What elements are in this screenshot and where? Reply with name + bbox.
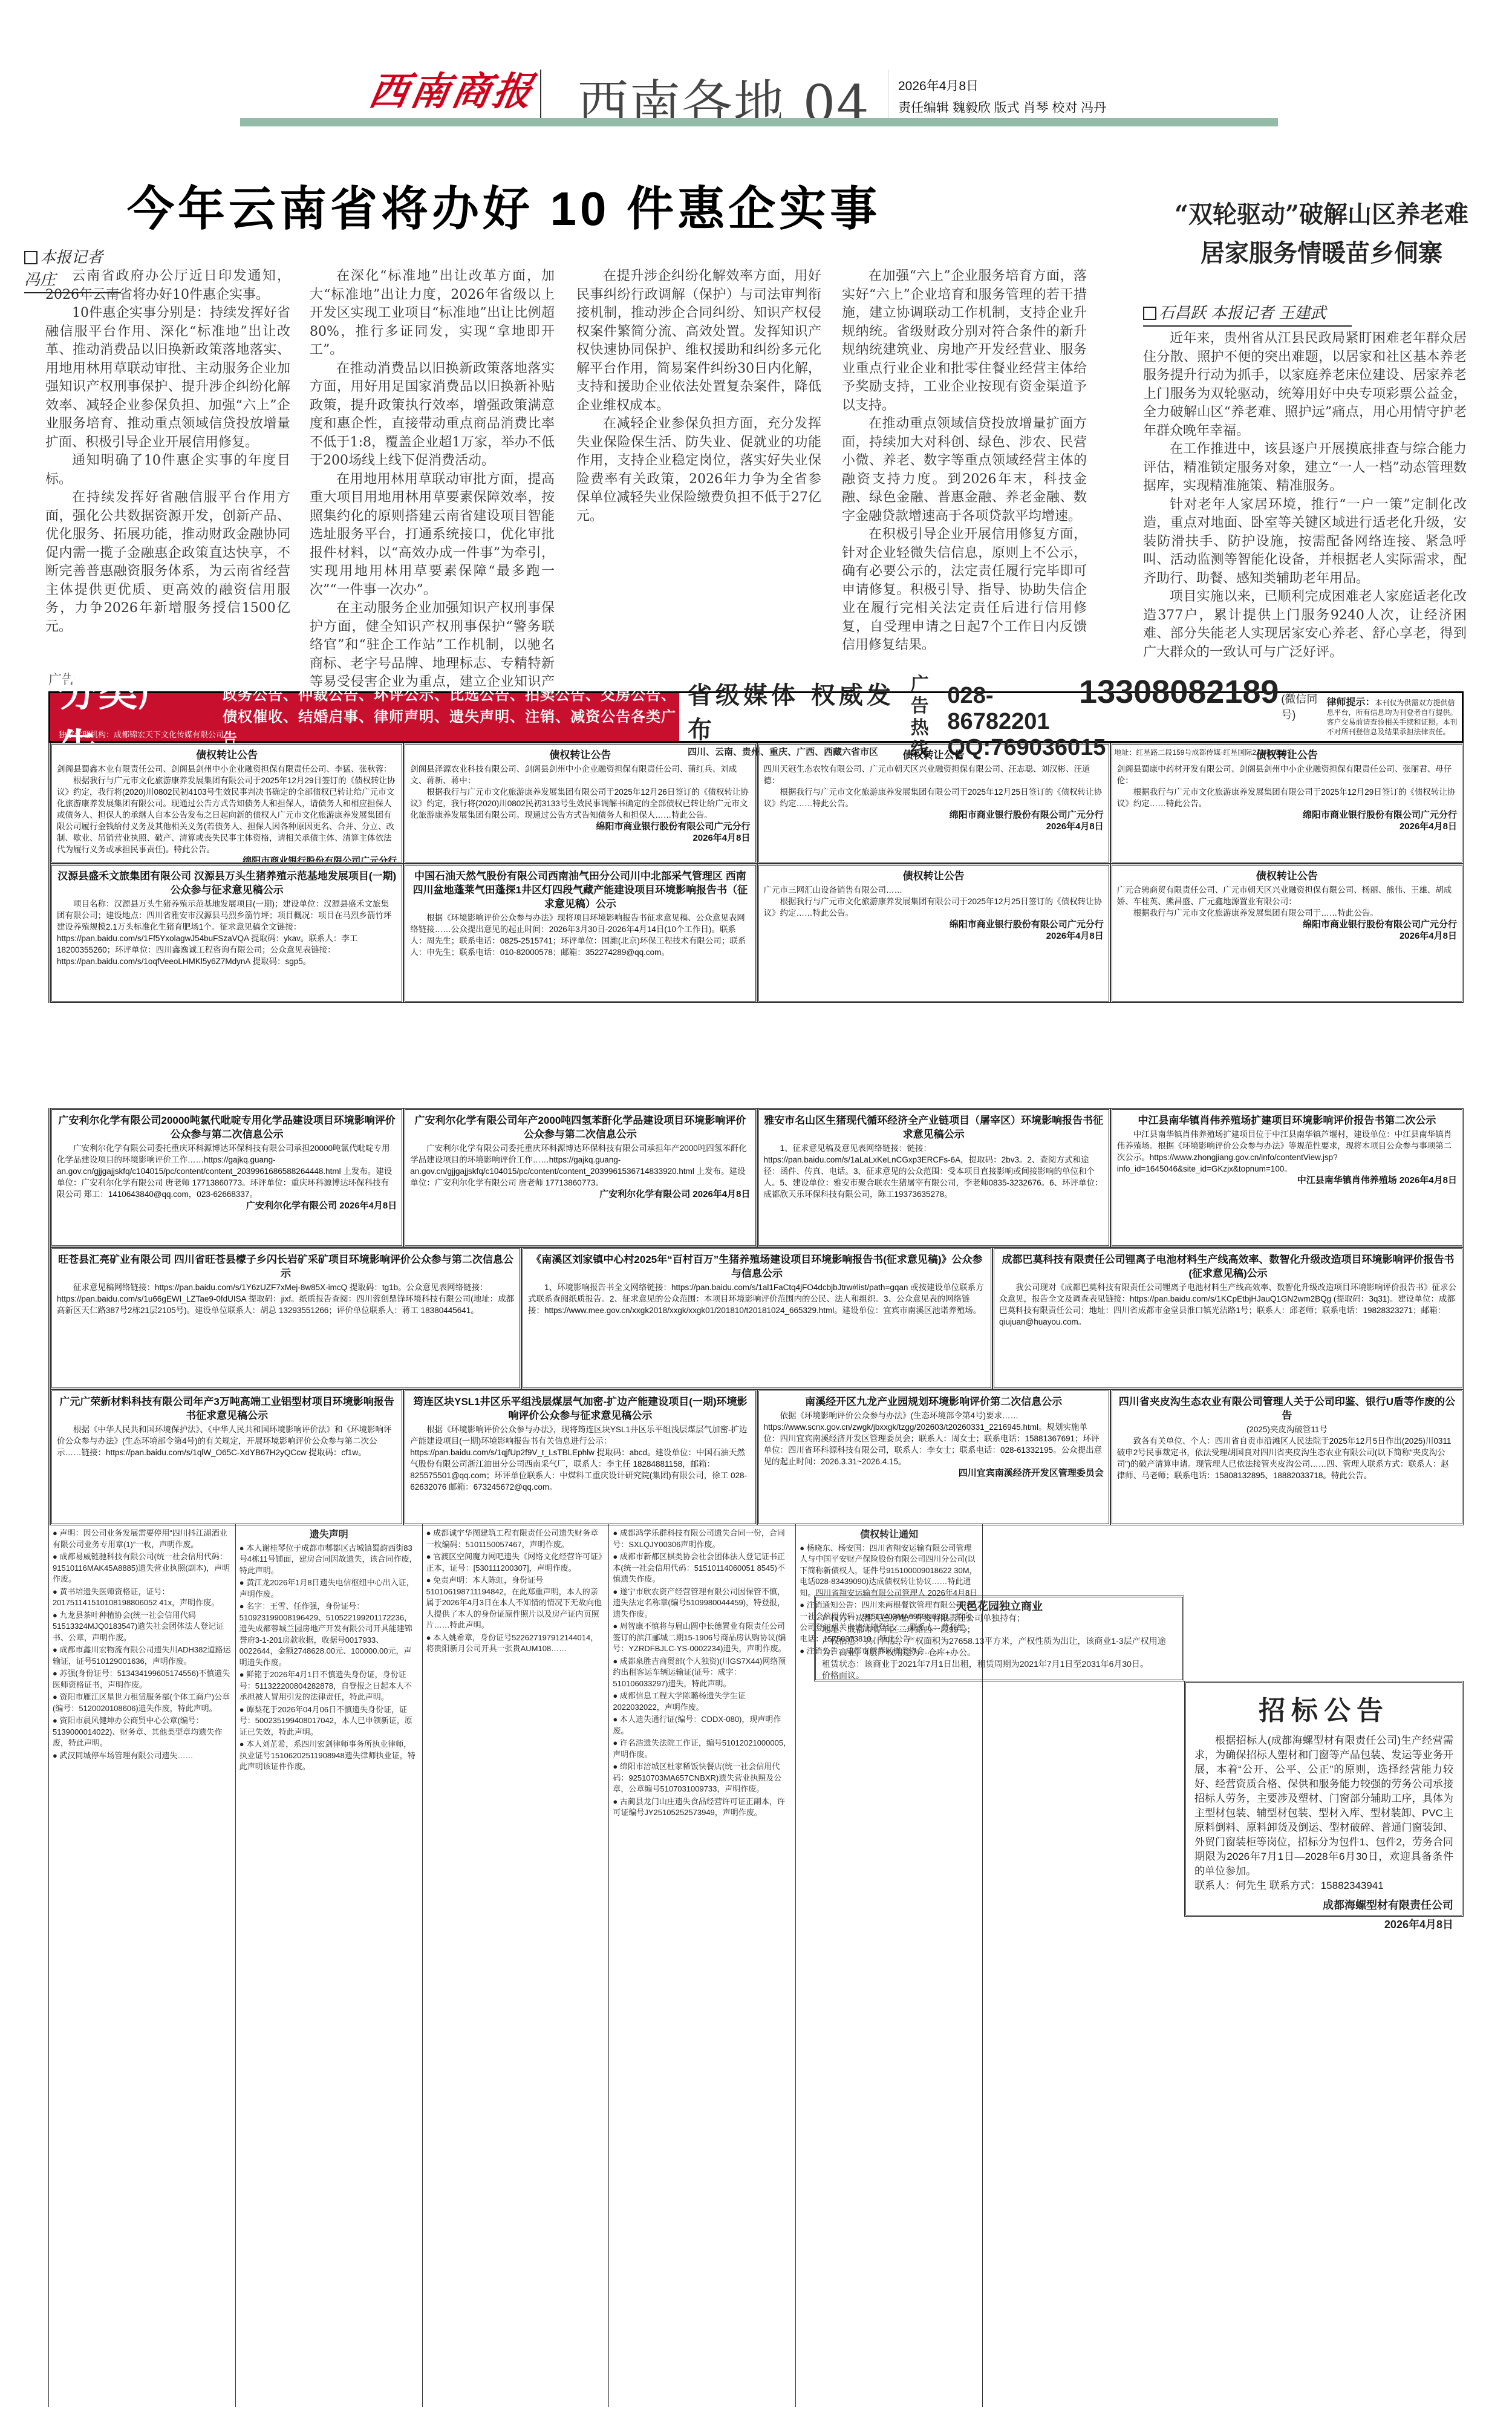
lead-headline: 今年云南省将办好 10 件惠企实事 xyxy=(127,171,881,239)
masthead: 西南商报 西南各地 04 2026年4月8日 责任编辑 魏毅欣 版式 肖琴 校对… xyxy=(0,0,1512,124)
debt-transfer-notice: 债权转让公告剑阁县蜀康中药材开发有限公司、剑阁县剑州中小企业融资担保有限责任公司… xyxy=(1110,743,1464,864)
eia-notice: 《南溪区刘家镇中心村2025年“百村百万”生猪养殖场建设项目环境影响报告书(征求… xyxy=(521,1247,992,1389)
notice-body: 根据我行与广元市文化旅游康养发展集团有限公司于2025年12月25日签订的《债权… xyxy=(764,896,1104,919)
ad-row-2: 汉源县盛禾文旅集团有限公司 汉源县万头生猪养殖示范基地发展项目(一期)公众参与征… xyxy=(48,864,1464,1003)
paragraph: 近年来，贵州省从江县民政局紧盯困难老年群众居住分散、照护不便的突出难题，以居家和… xyxy=(1143,330,1467,440)
editor-credits: 责任编辑 魏毅欣 版式 肖琴 校对 冯丹 xyxy=(898,97,1106,119)
bid-signature: 成都海螺型材有限责任公司 xyxy=(1194,1897,1453,1912)
property-line: 地址：成都市青羊区二环路西一段99号； xyxy=(822,1624,1176,1635)
byline-box-icon xyxy=(24,251,37,264)
slogan-text: 省级媒体 权威发布 xyxy=(688,676,902,745)
notice-title: 南溪经开区九龙产业园规划环境影响评价第二次信息公示 xyxy=(764,1395,1104,1409)
notice-body: 致各有关单位、个人：四川省自贡市沿滩区人民法院于2025年12月5日作出(202… xyxy=(1117,1435,1457,1481)
notice-body: 我公司现对《成都巴莫科技有限责任公司锂离子电池材料生产线高效率、数智化升级改造项… xyxy=(999,1282,1457,1328)
notice-item: 武汉同城停车场管理有限公司遗失…… xyxy=(53,1750,232,1762)
debt-transfer-notice: 债权转让公告广元市三网汇山设备销售有限公司……根据我行与广元市文化旅游康养发展集… xyxy=(757,864,1110,1003)
notice-item: 官渡区空间魔力网吧遗失《网络文化经营许可证》正本，证号：[53011120030… xyxy=(426,1551,605,1574)
paragraph: 在持续发挥好省融信服平台作用方面，强化公共数据资源开发，创新产品、优化服务、拓展… xyxy=(45,489,290,636)
eia-notice: 成都巴莫科技有限责任公司锂离子电池材料生产线高效率、数智化升级改造项目环境影响评… xyxy=(992,1247,1464,1389)
notice-title: 债权转让公告 xyxy=(1117,748,1457,762)
notice-item: 黄江龙2026年1月8日遗失电信枢纽中心出入证，声明作废。 xyxy=(240,1577,419,1600)
notice-signature: 中江县南华镇肖伟养殖场 2026年4月8日 xyxy=(1117,1175,1457,1186)
notice-subtitle: (2025)夹皮沟破管11号 xyxy=(1117,1424,1457,1435)
wechat-note: (微信同号) xyxy=(1281,691,1323,722)
side-byline: 石昌跃 本报记者 王建武 xyxy=(1143,301,1352,327)
eia-notice: 筠连区块YSL1井区乐平组浅层煤层气加密-扩边产能建设项目(一期)环境影响评价公… xyxy=(403,1389,757,1525)
notice-signature: 绵阳市商业银行股份有限公司广元分行 xyxy=(1117,809,1457,821)
notice-item: 许名浩遗失法院工作证，编号51012021000005，声明作废。 xyxy=(613,1738,792,1760)
paragraph: 云南省政府办公厅近日印发通知，2026年云南省将办好10件惠企实事。 xyxy=(45,267,290,304)
debt-transfer-notice: 债权转让公告剑阁县蜀鑫木业有限责任公司、剑阁县剑州中小企业融资担保有限责任公司、… xyxy=(50,743,403,864)
bid-title: 招标公告 xyxy=(1194,1689,1453,1727)
notice-date: 2026年4月8日 xyxy=(410,832,750,844)
notice-body: 根据我行与广元市文化旅游康养发展集团有限公司于2025年12月26日签订的《债权… xyxy=(410,786,750,821)
notice-item: 成都市鑫川宏物流有限公司遗失川ADH382道路运输证，证号51012900163… xyxy=(53,1645,232,1667)
notice-title: 成都巴莫科技有限责任公司锂离子电池材料生产线高效率、数智化升级改造项目环境影响评… xyxy=(999,1253,1457,1280)
ad-row-4: 旺苍县汇亮矿业有限公司 四川省旺苍县檬子乡闪长岩矿采矿项目环境影响评价公众参与第… xyxy=(48,1247,1464,1389)
lawyer-title: 律师提示： xyxy=(1326,697,1375,708)
notice-signature: 四川宜宾南溪经济开发区管理委员会 xyxy=(764,1467,1104,1479)
notice-title: 债权转让公告 xyxy=(410,748,750,762)
notice-item: 九龙县茶叶种植协会(统一社会信用代码51513324MJQ0183547)遗失社… xyxy=(53,1610,232,1644)
headline-line: 居家服务情暖苗乡侗寨 xyxy=(1152,234,1491,273)
paragraph: 在推动消费品以旧换新政策落地落实方面，用好用足国家消费品以旧换新补贴政策，提升政… xyxy=(310,360,555,471)
notice-item: 资阳市晨风健坤办公商贸中心公章(编号：5139000014022)、财务章、其他… xyxy=(53,1715,232,1749)
bid-contact: 联系人：何先生 联系方式：15882343941 xyxy=(1194,1879,1453,1893)
masthead-bar xyxy=(240,118,1278,126)
debt-transfer-notice: 债权转让公告剑阁县泽源农业科技有限公司、剑阁县剑州中小企业融资担保有限责任公司、… xyxy=(403,743,757,864)
ad-row-3: 广安利尔化学有限公司20000吨氯代吡啶专用化学品建设项目环境影响评价公众参与第… xyxy=(48,1108,1464,1247)
notice-item: 鲜铭于2026年4月1日不慎遗失身份证，身份证号：511322200804282… xyxy=(240,1669,419,1703)
notice-item: 本人谢桂琴位于成都市郫都区古城镇蜀韵西街83号4栋11号铺面，建房合同因故遗失，… xyxy=(240,1543,419,1577)
paragraph: 在加强“六上”企业服务培育方面，落实好“六上”企业培育和服务管理的若干措施，建立… xyxy=(842,267,1087,415)
notice-item: 苏强(身份证号：513434199605174556)不慎遗失医师资格证书，声明… xyxy=(53,1668,232,1691)
notice-body: 中江县南华镇肖伟养殖场扩建项目位于中江县南华镇芦堰村，建设单位：中江县南华镇肖伟… xyxy=(1117,1129,1457,1175)
paragraph: 在工作推进中，该县逐户开展摸底排查与综合能力评估，精准锁定服务对象，建立“一人一… xyxy=(1143,440,1467,496)
eia-notice: 南溪经开区九龙产业园规划环境影响评价第二次信息公示依据《环境影响评价公众参与办法… xyxy=(757,1389,1110,1525)
notice-recipient: 广元合骋商贸有限责任公司、广元市朝天区兴业融资担保有限公司、杨丽、熊伟、王雄、胡… xyxy=(1117,884,1457,907)
paragraph: 在提升涉企纠纷化解效率方面，用好民事纠纷行政调解（保护）与司法审判衔接机制，推动… xyxy=(576,267,821,415)
notice-title: 债权转让公告 xyxy=(764,869,1104,883)
issue-meta: 2026年4月8日 责任编辑 魏毅欣 版式 肖琴 校对 冯丹 xyxy=(898,76,1106,119)
banner-categories: 政务公告、仲裁公告、环评公示、比选公告、拍卖公告、交房公告、 债权催收、结婚启事… xyxy=(223,685,679,750)
notice-title: 中江县南华镇肖伟养殖场扩建项目环境影响评价报告书第二次公示 xyxy=(1117,1113,1457,1127)
phone-row: 028-86782201 13308082189 (微信同号) xyxy=(947,673,1323,735)
notice-item: 绵阳市涪城区杜家稀饭快餐店(统一社会信用代码：92510703MA657CNBX… xyxy=(613,1761,792,1795)
notice-item: 声明：因公司业务发展需要停用“四川抖江湖酒业有限公司业务专用章(1)”一枚，声明… xyxy=(53,1528,232,1550)
headline-line: “双轮驱动”破解山区养老难 xyxy=(1152,195,1491,234)
debt-transfer-notice: 债权转让公告四川天冠生态农牧有限公司、广元市朝天区兴业融资担保有限公司、汪志聪、… xyxy=(757,743,1110,864)
notice-signature: 绵阳市商业银行股份有限公司广元分行 xyxy=(764,809,1104,821)
notice-signature: 绵阳市商业银行股份有限公司广元分行 xyxy=(410,821,750,832)
notice-body: 广安利尔化学有限公司委托重庆环科源博达环保科技有限公司承担20000吨氯代吡啶专… xyxy=(57,1143,397,1200)
eia-notice: 广安利尔化学有限公司年产2000吨四氢苯酐化学品建设项目环境影响评价公众参与第二… xyxy=(403,1108,757,1247)
byline-text: 石昌跃 本报记者 王建武 xyxy=(1159,304,1326,322)
property-line: 产权方：成都天邑房地产开发有限责任公司单独持有； xyxy=(822,1612,1176,1624)
notice-body: 项目名称：汉源县万头生猪养殖示范基地发展项目(一期)；建设单位：汉源县盛禾文旅集… xyxy=(57,898,397,967)
notice-title: 筠连区块YSL1井区乐平组浅层煤层气加密-扩边产能建设项目(一期)环境影响评价公… xyxy=(410,1395,750,1423)
notice-item: 成都诚宇华图建筑工程有限责任公司遗失财务章一枚编码：5101150057467，… xyxy=(426,1528,605,1550)
column-heading: 遗失声明 xyxy=(240,1530,419,1541)
notice-title: 雅安市名山区生猪现代循环经济全产业链项目（屠宰区）环境影响报告书征求意见稿公示 xyxy=(764,1113,1104,1141)
notice-item: 谭梨花于2026年04月06日不慎遗失身份证，证号：50023519940801… xyxy=(240,1704,419,1738)
notice-column: 成都诚宇华图建筑工程有限责任公司遗失财务章一枚编码：5101150057467，… xyxy=(423,1524,610,2407)
paragraph: 针对老年人家居环境，推行“一户一策”定制化改造，重点对地面、卧室等关键区域进行适… xyxy=(1143,496,1467,589)
hotline-label-line: 广告 xyxy=(911,674,944,717)
notice-body: 根据我行与广元市文化旅游康养发展集团有限公司于2025年12月25日签订的《债权… xyxy=(764,786,1104,809)
newspaper-logo: 西南商报 xyxy=(365,60,539,116)
paragraph: 项目实施以来，已顺利完成困难老人家庭适老化改造377户，累计提供上门服务9240… xyxy=(1143,588,1467,662)
lead-article-column-4: 在加强“六上”企业服务培育方面，落实好“六上”企业培育和服务管理的若干措施，建立… xyxy=(842,267,1087,655)
notice-item: 成都鸿学乐群科技有限公司遗失合同一份，合同号：SXLQJY00306声明作废。 xyxy=(613,1528,792,1550)
notice-body: 根据我行与广元市文化旅游康养发展集团有限公司于2025年12月29日签订的《债权… xyxy=(57,775,397,855)
notice-recipient: 剑阁县蜀康中药材开发有限公司、剑阁县剑州中小企业融资担保有限责任公司、张丽君、母… xyxy=(1117,763,1457,786)
notice-body: 1、征求意见稿及意见表网络链接：链接：https://pan.baidu.com… xyxy=(764,1143,1104,1200)
lawyer-notice: 律师提示：本刊仅为供需双方提供信息平台，所有信息均为刊登者自行提供。客户交易前请… xyxy=(1323,698,1462,737)
notice-column: 遗失声明 本人谢桂琴位于成都市郫都区古城镇蜀韵西街83号4栋11号铺面，建房合同… xyxy=(236,1524,423,2407)
eia-notice: 雅安市名山区生猪现代循环经济全产业链项目（屠宰区）环境影响报告书征求意见稿公示1… xyxy=(757,1108,1110,1247)
notice-item: 成都信息工程大学陈璐杨遗失学生证2022032022，声明作废。 xyxy=(613,1691,792,1713)
notice-recipient: 广元市三网汇山设备销售有限公司…… xyxy=(764,884,1104,896)
byline-box-icon xyxy=(1143,307,1156,320)
banner-red-block: 分类广告 政务公告、仲裁公告、环评公示、比选公告、拍卖公告、交房公告、 债权催收… xyxy=(50,693,679,741)
notice-item: 本人遗失通行证(编号：CDDX-080)，现声明作废。 xyxy=(613,1714,792,1736)
notice-item: 本人姚希章，身份证号522627197912144014，将贵阳新月公司开具一张… xyxy=(426,1632,605,1655)
ad-row-5: 广元广荣新材料科技有限公司年产3万吨高端工业铝型材项目环境影响报告书征求意见稿公… xyxy=(48,1389,1464,1525)
notice-date: 2026年4月8日 xyxy=(1117,930,1457,942)
property-line: 价格面议。 xyxy=(822,1670,1176,1681)
property-listing: 天邑花园独立商业 产权方：成都天邑房地产开发有限责任公司单独持有； 地址：成都市… xyxy=(814,1596,1184,1681)
notice-body: 依据《环境影响评价公众参与办法》(生态环境部令第4号)要求……https://w… xyxy=(764,1410,1104,1467)
notice-body: 1、环境影响报告书全文网络链接：https://pan.baidu.com/s/… xyxy=(528,1282,986,1316)
eia-notice: 中国石油天然气股份有限公司西南油气田分公司川中北部采气管理区 西南四川盆地蓬莱气… xyxy=(403,864,757,1003)
property-title: 天邑花园独立商业 xyxy=(822,1601,1176,1612)
eia-notice: 广元广荣新材料科技有限公司年产3万吨高端工业铝型材项目环境影响报告书征求意见稿公… xyxy=(50,1389,403,1525)
property-line: 产权信息：共计四层，产权面积为27658.13平方米，产权性质为出让，该商业1-… xyxy=(822,1635,1176,1658)
notice-item: 免责声明：本人陈虹，身份证号510106198711194842，在此郑重声明，… xyxy=(426,1575,605,1631)
notice-title: 债权转让公告 xyxy=(764,748,1104,762)
notice-title: 《南溪区刘家镇中心村2025年“百村百万”生猪养殖场建设项目环境影响报告书(征求… xyxy=(528,1253,986,1280)
eia-notice: 中江县南华镇肖伟养殖场扩建项目环境影响评价报告书第二次公示中江县南华镇肖伟养殖场… xyxy=(1110,1108,1464,1247)
notice-date: 2026年4月8日 xyxy=(764,821,1104,832)
side-headline: “双轮驱动”破解山区养老难 居家服务情暖苗乡侗寨 xyxy=(1152,195,1491,273)
notice-item: 成都市新都区棋类协会社会团体法人登记证书正本(统一社会信用代码：51510114… xyxy=(613,1551,792,1585)
notice-item: 黄书培遗失医师资格证，证号：201751141510108198806052 4… xyxy=(53,1586,232,1609)
notice-title: 旺苍县汇亮矿业有限公司 四川省旺苍县檬子乡闪长岩矿采矿项目环境影响评价公众参与第… xyxy=(57,1253,515,1280)
notice-body: 根据我行与广元市文化旅游康养发展集团有限公司于2025年12月29日签订的《债权… xyxy=(1117,786,1457,809)
notice-item: 成都易威链驰科技有限公司(统一社会信用代码：91510116MAK45A8885… xyxy=(53,1551,232,1585)
paragraph: 在深化“标准地”出让改革方面，加大“标准地”出让力度，2026年省级以上开发区实… xyxy=(310,267,555,360)
banner-contact-block: 省级媒体 权威发布 四川、云南、贵州、重庆、广西、西藏六省市区 广告 热线 02… xyxy=(679,693,1462,741)
divider xyxy=(888,70,888,118)
notice-body: 广安利尔化学有限公司委托重庆环科源博达环保科技有限公司承担年产2000吨四氢苯酐… xyxy=(410,1143,750,1188)
notice-signature: 广安利尔化学有限公司 2026年4月8日 xyxy=(410,1188,750,1200)
eia-notice: 旺苍县汇亮矿业有限公司 四川省旺苍县檬子乡闪长岩矿采矿项目环境影响评价公众参与第… xyxy=(50,1247,521,1389)
notice-column: 成都鸿学乐群科技有限公司遗失合同一份，合同号：SXLQJY00306声明作废。 … xyxy=(609,1524,796,2407)
paragraph: 在用地用林用草联动审批方面，提高重大项目用地用林用草要素保障效率，按照集约化的原… xyxy=(310,471,555,600)
notice-signature: 绵阳市商业银行股份有限公司广元分行 xyxy=(1117,919,1457,930)
ad-row-1: 债权转让公告剑阁县蜀鑫木业有限责任公司、剑阁县剑州中小企业融资担保有限责任公司、… xyxy=(48,743,1464,864)
notice-title: 广安利尔化学有限公司年产2000吨四氢苯酐化学品建设项目环境影响评价公众参与第二… xyxy=(410,1113,750,1141)
notice-item: 杨晓东、杨安国：四川省翔安运输有限公司管理人与中国平安财产保险股份有限公司四川分… xyxy=(800,1543,979,1599)
notice-body: 根据我行与广元市文化旅游康养发展集团有限公司于……特此公告。 xyxy=(1117,907,1457,919)
paragraph: 在推动重点领域信贷投放增量扩面方面，持续加大对科创、绿色、涉农、民营小微、养老、… xyxy=(842,415,1087,526)
notice-title: 广元广荣新材料科技有限公司年产3万吨高端工业铝型材项目环境影响报告书征求意见稿公… xyxy=(57,1395,397,1423)
notice-column: 声明：因公司业务发展需要停用“四川抖江湖酒业有限公司业务专用章(1)”一枚，声明… xyxy=(49,1524,236,2407)
bid-notice: 招标公告 根据招标人(成都海螺型材有限责任公司)生产经营需求，为确保招标人塑材和… xyxy=(1184,1681,1464,1917)
lead-article-column-3: 在提升涉企纠纷化解效率方面，用好民事纠纷行政调解（保护）与司法审判衔接机制，推动… xyxy=(576,267,821,526)
eia-notice: 汉源县盛禾文旅集团有限公司 汉源县万头生猪养殖示范基地发展项目(一期)公众参与征… xyxy=(50,864,403,1003)
notice-signature: 广安利尔化学有限公司 2026年4月8日 xyxy=(57,1200,397,1211)
notice-item: 成都泉胜吉商贸部(个人独资)(川GS7X44)网络预约出租客运车辆运输证(证号：… xyxy=(613,1656,792,1690)
notice-item: 资阳市雁江区星世力租赁服务部(个体工商户)公章(编号：5120020108606… xyxy=(53,1692,232,1714)
eia-notice: 广安利尔化学有限公司20000吨氯代吡啶专用化学品建设项目环境影响评价公众参与第… xyxy=(50,1108,403,1247)
phone-number: 028-86782201 xyxy=(947,683,1069,735)
banner-agency: 独家代理机构：成都锦宏天下文化传媒有限公司 xyxy=(59,728,224,740)
notice-signature: 绵阳市商业银行股份有限公司广元分行 xyxy=(57,855,397,864)
paragraph: 通知明确了10件惠企实事的年度目标。 xyxy=(45,452,290,489)
paragraph: 在积极引导企业开展信用修复方面，针对企业轻微失信信息，原则上不公示，确有必要公示… xyxy=(842,526,1087,655)
notice-body: 征求意见稿网络链接：https://pan.baidu.com/s/1Y6zUZ… xyxy=(57,1282,515,1316)
notice-body: 根据《环境影响评价公众参与办法》现将项目环境影响报告书征求意见稿、公众意见表网络… xyxy=(410,912,750,958)
categories-line: 政务公告、仲裁公告、环评公示、比选公告、拍卖公告、交房公告、 xyxy=(223,685,679,706)
notice-item: 古蔺县龙门山庄遗失食品经营许可证正副本，许可证编号JY2510525257394… xyxy=(613,1796,792,1819)
notice-item: 本人刘芷希，系四川宏剑律师事务所执业律师，执业证号151062025119089… xyxy=(240,1739,419,1773)
notice-body: 根据《中华人民共和国环境保护法》、《中华人民共和国环境影响评价法》和《环境影响评… xyxy=(57,1424,397,1458)
notice-date: 2026年4月8日 xyxy=(764,930,1104,942)
debt-transfer-notice: 债权转让公告广元合骋商贸有限责任公司、广元市朝天区兴业融资担保有限公司、杨丽、熊… xyxy=(1110,864,1464,1003)
notice-title: 广安利尔化学有限公司20000吨氯代吡啶专用化学品建设项目环境影响评价公众参与第… xyxy=(57,1113,397,1141)
side-article-body: 近年来，贵州省从江县民政局紧盯困难老年群众居住分散、照护不便的突出难题，以居家和… xyxy=(1143,330,1467,662)
notice-item: 名字：王雪、任作强，身份证号：510923199008196429、510522… xyxy=(240,1601,419,1668)
bid-date: 2026年4月8日 xyxy=(1194,1916,1453,1932)
notice-title: 债权转让公告 xyxy=(57,748,397,762)
mobile-number: 13308082189 xyxy=(1079,673,1279,711)
notice-title: 汉源县盛禾文旅集团有限公司 汉源县万头生猪养殖示范基地发展项目(一期)公众参与征… xyxy=(57,869,397,897)
notice-item: 遂宁市欣农资产经营管理有限公司因保管不慎，遗失法定名称章(编号510998004… xyxy=(613,1586,792,1620)
lead-article-column-1: 云南省政府办公厅近日印发通知，2026年云南省将办好10件惠企实事。 10件惠企… xyxy=(45,267,290,636)
notice-signature: 绵阳市商业银行股份有限公司广元分行 xyxy=(764,919,1104,930)
issue-date: 2026年4月8日 xyxy=(898,76,1106,97)
classified-ad-banner: 分类广告 政务公告、仲裁公告、环评公示、比选公告、拍卖公告、交房公告、 债权催收… xyxy=(48,691,1464,743)
bid-body: 根据招标人(成都海螺型材有限责任公司)生产经营需求，为确保招标人塑材和门窗等产品… xyxy=(1194,1733,1453,1879)
lead-article-column-2: 在深化“标准地”出让改革方面，加大“标准地”出让力度，2026年省级以上开发区实… xyxy=(310,267,555,747)
notice-title: 四川省夹皮沟生态农业有限公司管理人关于公司印鉴、银行U盾等作废的公告 xyxy=(1117,1395,1457,1423)
paragraph: 10件惠企实事分别是：持续发挥好省融信服平台作用、深化“标准地”出让改革、推动消… xyxy=(45,304,290,452)
paragraph: 在减轻企业参保负担方面，充分发挥失业保险保生活、防失业、促就业的功能作用，支持企… xyxy=(576,415,821,526)
notice-recipient: 剑阁县泽源农业科技有限公司、剑阁县剑州中小企业融资担保有限责任公司、蒲红兵、刘成… xyxy=(410,763,750,786)
bankruptcy-notice: 四川省夹皮沟生态农业有限公司管理人关于公司印鉴、银行U盾等作废的公告(2025)… xyxy=(1110,1389,1464,1525)
notice-body: 根据《环境影响评价公众参与办法》，现将筠连区块YSL1井区乐平组浅层煤层气加密-… xyxy=(410,1424,750,1493)
column-heading: 债权转让通知 xyxy=(800,1530,979,1541)
notice-title: 债权转让公告 xyxy=(1117,869,1457,883)
divider xyxy=(540,70,541,118)
notice-date: 2026年4月8日 xyxy=(1117,821,1457,832)
notice-recipient: 剑阁县蜀鑫木业有限责任公司、剑阁县剑州中小企业融资担保有限责任公司、李猛、张秋蓉… xyxy=(57,763,397,775)
notice-recipient: 四川天冠生态农牧有限公司、广元市朝天区兴业融资担保有限公司、汪志聪、刘汉彬、汪道… xyxy=(764,763,1104,786)
property-line: 租赁状态：该商业于2021年7月1日出租，租赁周期为2021年7月1日至2031… xyxy=(822,1658,1176,1670)
notice-item: 周智康不慎将与眉山圆中长德置业有限责任公司签订的滨江郦城二期15-1906号商品… xyxy=(613,1621,792,1655)
notice-title: 中国石油天然气股份有限公司西南油气田分公司川中北部采气管理区 西南四川盆地蓬莱气… xyxy=(410,869,750,911)
